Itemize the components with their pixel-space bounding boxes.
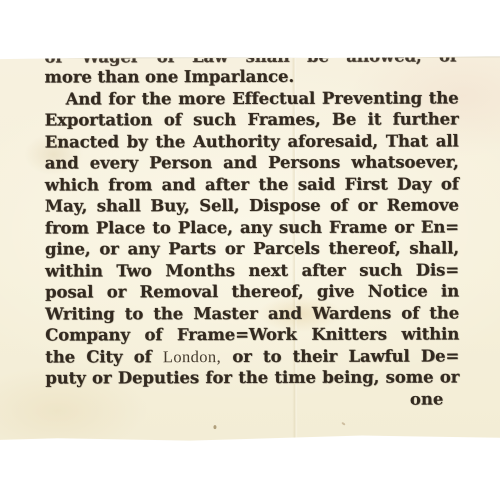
text-fragment: the City of — [45, 347, 163, 366]
text-line: Exportation of such Frames, Be it furthe… — [45, 108, 459, 131]
catchword: one — [45, 388, 459, 411]
text-line: Company of Frame=Work Knitters within — [45, 323, 459, 346]
photo-background: or Wager of Law shall be allowed, or mor… — [0, 0, 500, 500]
text-line: from Place to Place, any such Frame or E… — [45, 216, 459, 239]
paper-page: or Wager of Law shall be allowed, or mor… — [0, 56, 500, 442]
text-column: or Wager of Law shall be allowed, or mor… — [44, 57, 459, 441]
text-line: posal or Removal thereof, give Notice in — [45, 280, 459, 303]
clipped-top-line: or Wager of Law shall be allowed, or — [44, 57, 458, 66]
text-line: more than one Imparlance. — [45, 65, 459, 88]
text-line: and every Person and Persons whatsoever, — [45, 151, 459, 174]
text-line: Writing to the Master and Wardens of the — [45, 302, 459, 325]
london-roman-text: London, — [163, 347, 221, 366]
text-line: May, shall Buy, Sell, Dispose of or Remo… — [45, 194, 459, 217]
clipped-text: or Wager of Law shall be allowed, or — [44, 57, 458, 66]
text-line: puty or Deputies for the time being, som… — [45, 366, 459, 389]
text-line: And for the more Effectual Preventing th… — [45, 87, 459, 110]
text-line: which from and after the said First Day … — [45, 173, 459, 196]
text-line-mixed: the City of London, or to their Lawful D… — [45, 345, 459, 368]
text-line: gine, or any Parts or Parcels thereof, s… — [45, 237, 459, 260]
text-line: Enacted by the Authority aforesaid, That… — [45, 130, 459, 153]
text-fragment: or to their Lawful De= — [221, 346, 459, 366]
text-line: within Two Months next after such Dis= — [45, 259, 459, 282]
